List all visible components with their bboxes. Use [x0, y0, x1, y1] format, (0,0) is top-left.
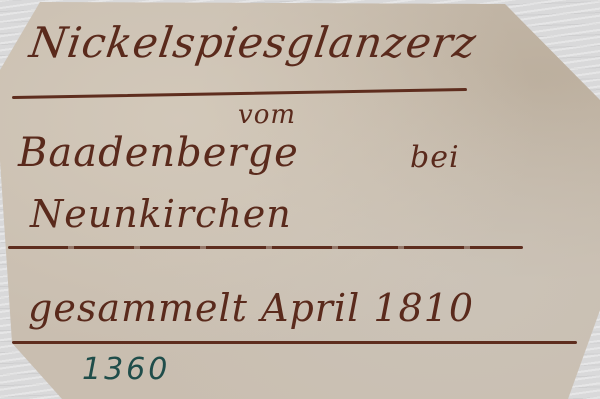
preposition-from: vom — [238, 100, 296, 130]
underline-divider — [12, 88, 467, 99]
specimen-label: Nickelspiesglanzerz vom Baadenberge bei … — [0, 0, 600, 399]
bottom-divider — [12, 341, 577, 344]
preposition-near: bei — [410, 140, 460, 175]
town-name: Neunkirchen — [30, 192, 292, 236]
catalog-number: 1360 — [82, 352, 170, 387]
locality-name: Baadenberge — [18, 130, 299, 176]
mineral-name: Nickelspiesglanzerz — [27, 18, 480, 67]
dashed-divider — [8, 246, 523, 249]
collection-date: gesammelt April 1810 — [28, 286, 474, 330]
